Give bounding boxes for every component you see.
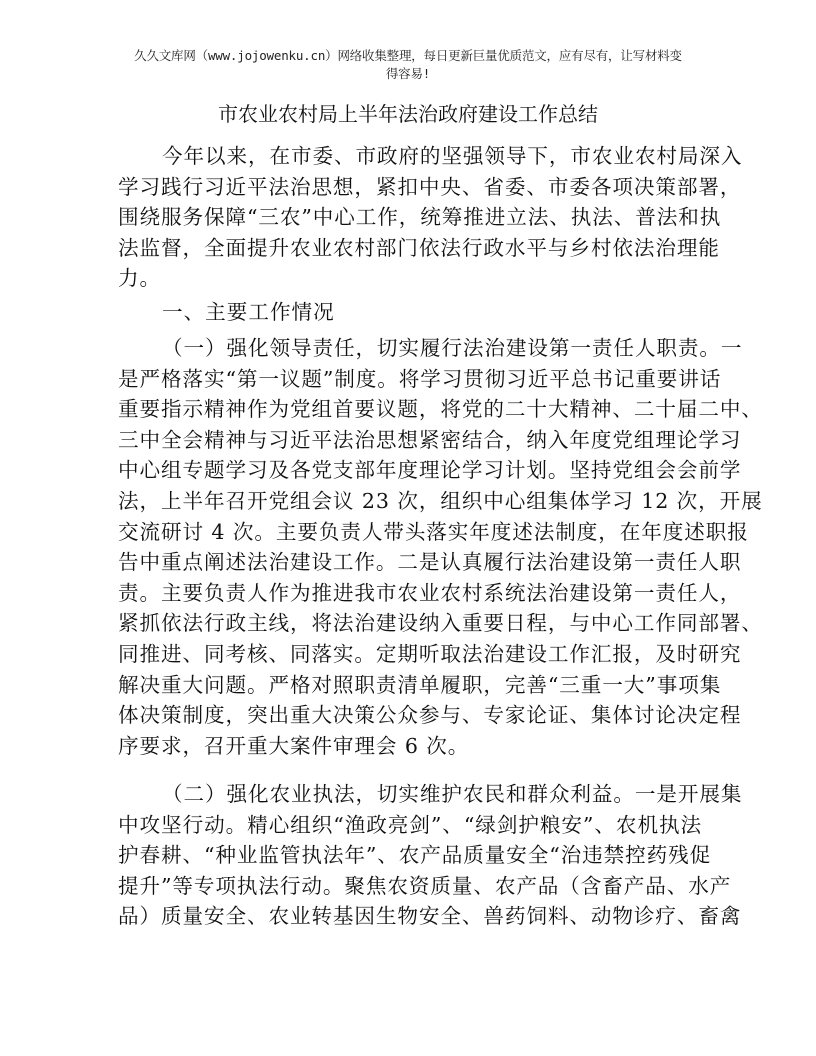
- para1-line: 同推进、同考核、同落实。定期听取法治建设工作汇报，及时研究: [118, 639, 702, 670]
- para1-line: 中心组专题学习及各党支部年度理论学习计划。坚持党组会会前学: [118, 455, 702, 486]
- para2-line: 护春耕、“种业监管执法年”、农产品质量安全“治违禁控药残促: [118, 840, 702, 871]
- para1-line: 交流研讨 4 次。主要负责人带头落实年度述法制度，在年度述职报: [118, 517, 702, 548]
- para2-line: 中攻坚行动。精心组织“渔政亮剑”、“绿剑护粮安”、农机执法: [118, 810, 702, 841]
- document-page: 久久文库网（www.jojowenku.cn）网络收集整理，每日更新巨量优质范文…: [0, 0, 816, 1056]
- para1-line: 责。主要负责人作为推进我市农业农村系统法治建设第一责任人，: [118, 578, 702, 609]
- source-watermark-note: 久久文库网（www.jojowenku.cn）网络收集整理，每日更新巨量优质范文…: [108, 47, 708, 83]
- para2-line: （二）强化农业执法，切实维护农民和群众利益。一是开展集: [118, 779, 702, 810]
- source-note-line-1: 久久文库网（www.jojowenku.cn）网络收集整理，每日更新巨量优质范文…: [108, 47, 708, 65]
- para2-line: 品）质量安全、农业转基因生物安全、兽药饲料、动物诊疗、畜禽: [118, 901, 702, 932]
- para1-line: 告中重点阐述法治建设工作。二是认真履行法治建设第一责任人职: [118, 547, 702, 578]
- para1-line: 重要指示精神作为党组首要议题，将党的二十大精神、二十届二中、: [118, 394, 702, 425]
- para1-line: 法，上半年召开党组会议 23 次，组织中心组集体学习 12 次，开展: [118, 486, 702, 517]
- para1-line: 体决策制度，突出重大决策公众参与、专家论证、集体讨论决定程: [118, 700, 702, 731]
- intro-line: 力。: [118, 263, 702, 294]
- intro-line: 学习践行习近平法治思想，紧扣中央、省委、市委各项决策部署，: [118, 172, 702, 203]
- intro-line: 围绕服务保障“三农”中心工作，统筹推进立法、执法、普法和执: [118, 202, 702, 233]
- para1-line: （一）强化领导责任，切实履行法治建设第一责任人职责。一: [118, 333, 702, 364]
- paragraph-agricultural-enforcement: （二）强化农业执法，切实维护农民和群众利益。一是开展集 中攻坚行动。精心组织“渔…: [118, 779, 702, 932]
- para2-line: 提升”等专项执法行动。聚焦农资质量、农产品（含畜产品、水产: [118, 871, 702, 902]
- para1-line: 序要求，召开重大案件审理会 6 次。: [118, 731, 702, 762]
- intro-line: 法监督，全面提升农业农村部门依法行政水平与乡村依法治理能: [118, 233, 702, 264]
- source-note-line-2: 得容易!: [108, 65, 708, 83]
- para1-line: 解决重大问题。严格对照职责清单履职，完善“三重一大”事项集: [118, 670, 702, 701]
- intro-paragraph: 今年以来，在市委、市政府的坚强领导下，市农业农村局深入 学习践行习近平法治思想，…: [118, 141, 702, 294]
- paragraph-leadership-responsibility: （一）强化领导责任，切实履行法治建设第一责任人职责。一 是严格落实“第一议题”制…: [118, 333, 702, 761]
- para1-line: 是严格落实“第一议题”制度。将学习贯彻习近平总书记重要讲话: [118, 364, 702, 395]
- document-title: 市农业农村局上半年法治政府建设工作总结: [108, 100, 708, 128]
- para1-line: 紧抓依法行政主线，将法治建设纳入重要日程，与中心工作同部署、: [118, 608, 702, 639]
- section-heading-main-work: 一、主要工作情况: [162, 297, 335, 327]
- intro-line: 今年以来，在市委、市政府的坚强领导下，市农业农村局深入: [118, 141, 702, 172]
- para1-line: 三中全会精神与习近平法治思想紧密结合，纳入年度党组理论学习: [118, 425, 702, 456]
